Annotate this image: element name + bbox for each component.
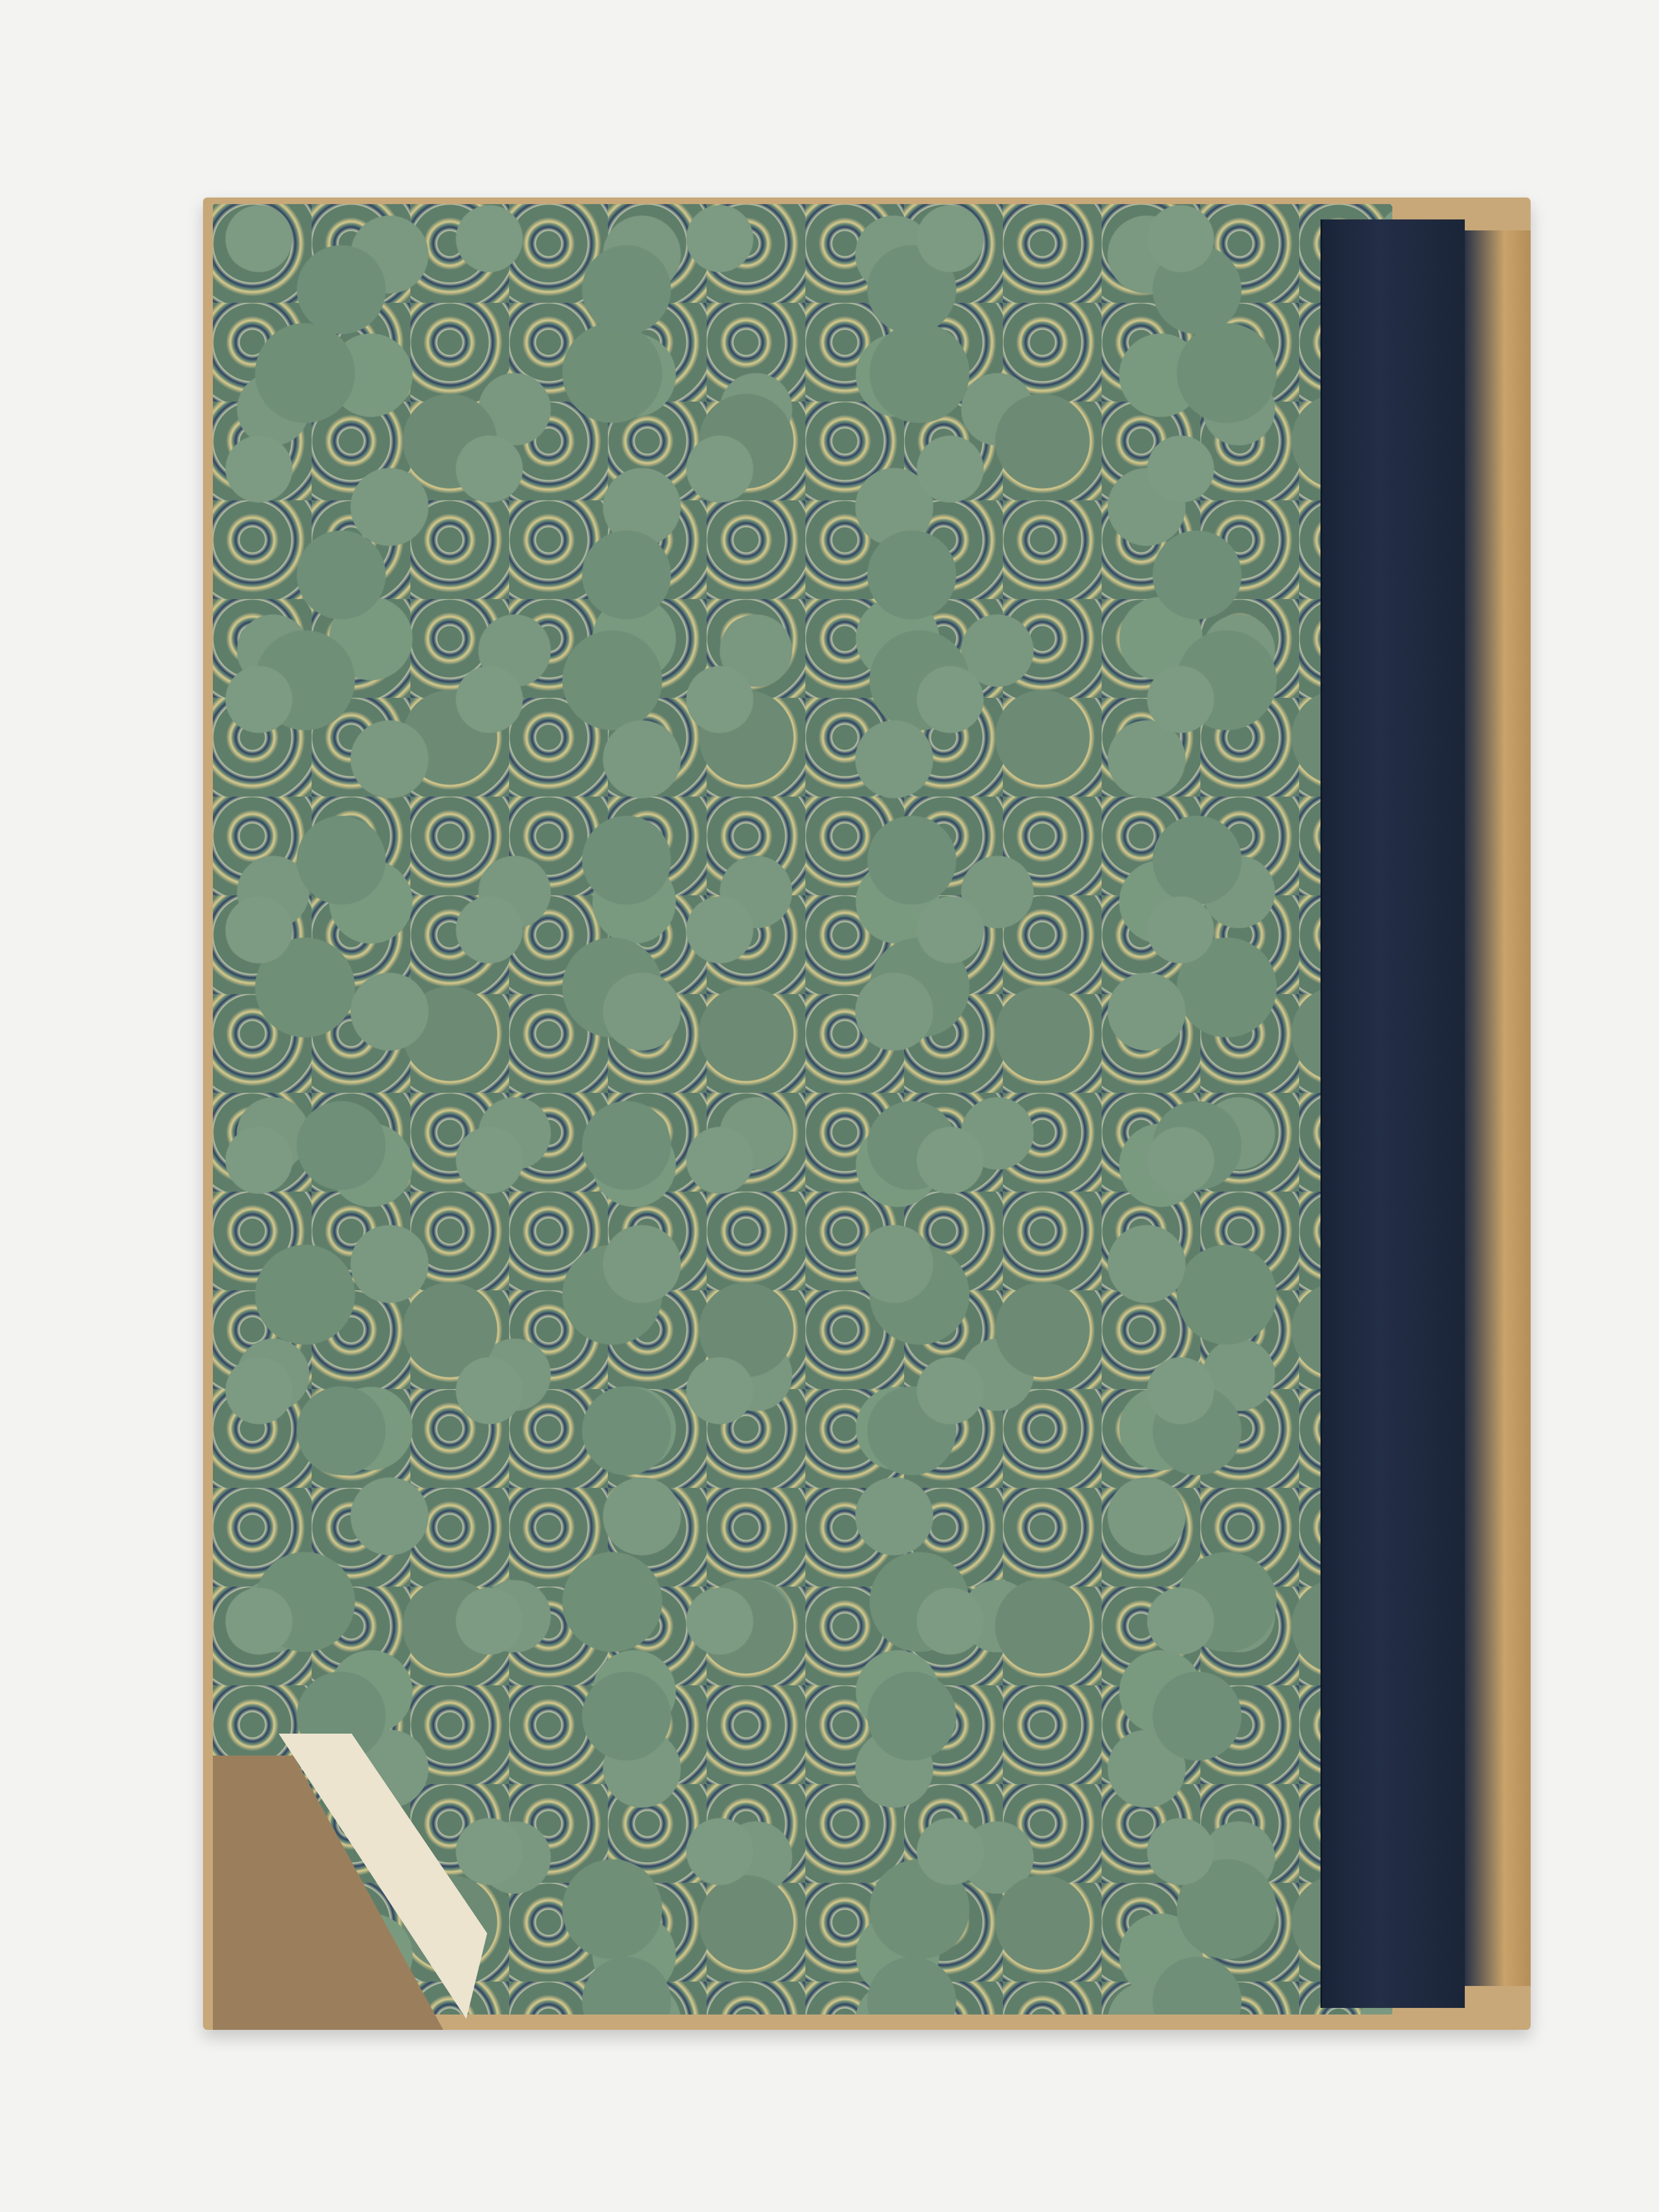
- worn-spine-edge: [1465, 230, 1531, 1986]
- torn-corner: [213, 1723, 597, 2030]
- book: [203, 198, 1531, 2030]
- leather-spine: [1321, 219, 1465, 2008]
